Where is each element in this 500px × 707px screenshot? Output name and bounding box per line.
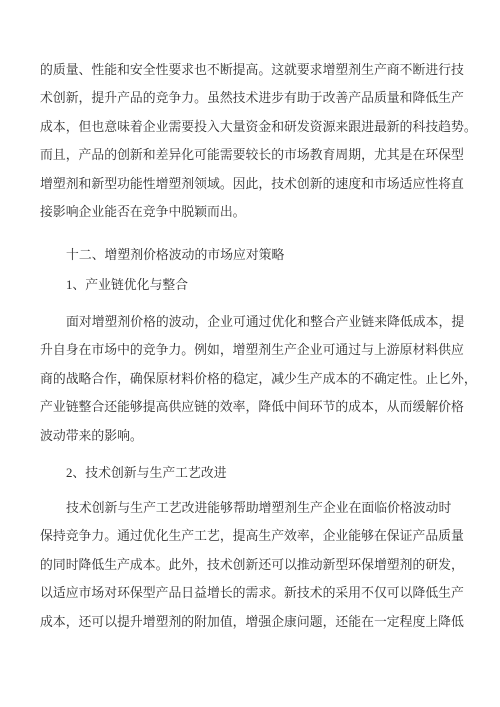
paragraph-line: 面对增塑剂价格的波动，企业可通过优化和整合产业链来降低成本，提	[40, 308, 464, 337]
paragraph-line: 术创新，提升产品的竞争力。虽然技术进步有助于改善产品质量和降低生产	[40, 84, 464, 113]
subsection-heading: 1、产业链优化与整合	[40, 271, 464, 300]
paragraph-line: 的质量、性能和安全性要求也不断提高。这就要求增塑剂生产商不断进行技	[40, 56, 464, 85]
paragraph-line: 成本，但也意味着企业需要投入大量资金和研发资源来跟进最新的科技趋势。	[40, 113, 464, 142]
paragraph-line: 以适应市场对环保型产品日益增长的需求。新技术的采用不仅可以降低生产	[40, 579, 464, 608]
paragraph-line: 成本，还可以提升增塑剂的附加值，增强企康问题，还能在一定程度上降低	[40, 608, 464, 637]
paragraph-line: 商的战略合作，确保原材料价格的稳定，减少生产成本的不确定性。止匕外，	[40, 365, 464, 394]
paragraph-line: 升自身在市场中的竞争力。例如，增塑剂生产企业可通过与上游原材料供应	[40, 336, 464, 365]
subsection-heading: 2、技术创新与生产工艺改进	[40, 459, 464, 488]
text-column: 的质量、性能和安全性要求也不断提高。这就要求增塑剂生产商不断进行技 术创新，提升…	[40, 56, 464, 637]
paragraph-line: 波动带来的影响。	[40, 422, 464, 451]
paragraph-line: 技术创新与生产工艺改进能够帮助增塑剂生产企业在面临价格波动时	[40, 494, 464, 523]
section-heading: 十二、增塑剂价格波动的市场应对策略	[40, 241, 464, 270]
paragraph-line: 增塑剂和新型功能性增塑剂领域。因此，技术创新的速度和市场适应性将直	[40, 170, 464, 199]
paragraph-line: 保持竞争力。通过优化生产工艺，提高生产效率，企业能够在保证产品质量	[40, 522, 464, 551]
paragraph-line: 接影响企业能否在竞争中脱颖而出。	[40, 198, 464, 227]
paragraph-line: 产业链整合还能够提高供应链的效率，降低中间环节的成本，从而缓解价格	[40, 393, 464, 422]
paragraph-line: 而且，产品的创新和差异化可能需要较长的市场教育周期，尤其是在环保型	[40, 141, 464, 170]
paragraph-line: 的同时降低生产成本。此外，技术创新还可以推动新型环保增塑剂的研发，	[40, 551, 464, 580]
document-page: 的质量、性能和安全性要求也不断提高。这就要求增塑剂生产商不断进行技 术创新，提升…	[0, 0, 500, 707]
